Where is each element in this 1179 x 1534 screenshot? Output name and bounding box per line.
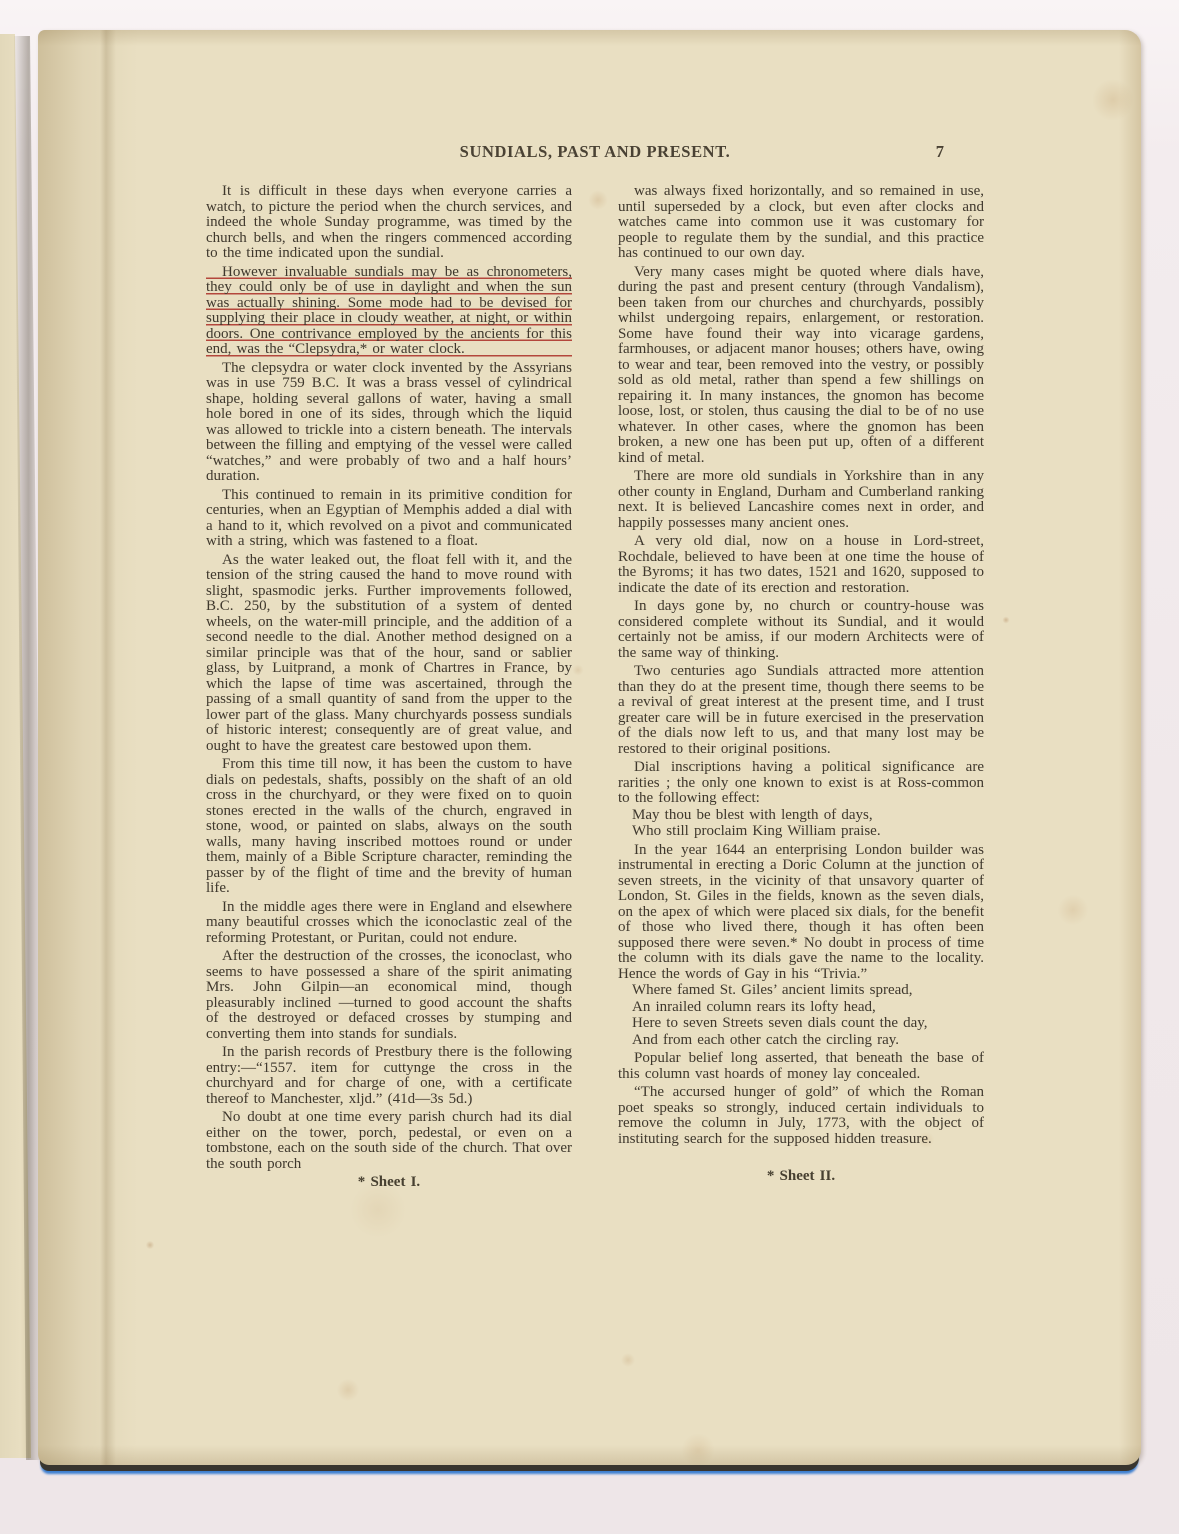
paragraph: The clepsydra or water clock invented by… — [206, 361, 572, 485]
paragraph: Popular belief long asserted, that benea… — [618, 1051, 984, 1082]
paragraph: This continued to remain in its primitiv… — [206, 488, 572, 550]
paragraph: Very many cases might be quoted where di… — [618, 265, 984, 467]
verse-line: An inrailed column rears its lofty head, — [618, 1000, 984, 1016]
paragraph-red-underlined: However invaluable sundials may be as ch… — [206, 265, 572, 358]
footnote-sheet-2: * Sheet II. — [618, 1169, 984, 1185]
left-column: It is difficult in these days when every… — [206, 184, 572, 1191]
right-column: was always fixed horizontally, and so re… — [618, 184, 984, 1191]
footnote-sheet-1: * Sheet I. — [206, 1175, 572, 1191]
verse-line: May thou be blest with length of days, — [618, 808, 984, 824]
paragraph: No doubt at one time every parish church… — [206, 1110, 572, 1172]
previous-page-edge — [0, 34, 34, 1458]
paragraph: was always fixed horizontally, and so re… — [618, 184, 984, 262]
book-page: SUNDIALS, PAST AND PRESENT. 7 It is diff… — [38, 30, 1141, 1465]
verse-line: And from each other catch the circling r… — [618, 1033, 984, 1049]
verse-line: Where famed St. Giles’ ancient limits sp… — [618, 983, 984, 999]
page-header: SUNDIALS, PAST AND PRESENT. 7 — [206, 142, 984, 164]
page-content: SUNDIALS, PAST AND PRESENT. 7 It is diff… — [206, 142, 984, 1191]
verse-line: Here to seven Streets seven dials count … — [618, 1016, 984, 1032]
paragraph: After the destruction of the crosses, th… — [206, 949, 572, 1042]
paragraph: It is difficult in these days when every… — [206, 184, 572, 262]
paragraph: There are more old sundials in Yorkshire… — [618, 469, 984, 531]
paragraph: In the middle ages there were in England… — [206, 900, 572, 947]
page-title: SUNDIALS, PAST AND PRESENT. — [206, 142, 984, 162]
paragraph: Two centuries ago Sundials attracted mor… — [618, 664, 984, 757]
page-number: 7 — [936, 142, 944, 162]
two-column-text: It is difficult in these days when every… — [206, 184, 984, 1191]
verse-line: Who still proclaim King William praise. — [618, 824, 984, 840]
paragraph: In days gone by, no church or country-ho… — [618, 599, 984, 661]
paragraph: In the parish records of Prestbury there… — [206, 1045, 572, 1107]
paragraph: Dial inscriptions having a political sig… — [618, 760, 984, 807]
paragraph: A very old dial, now on a house in Lord-… — [618, 534, 984, 596]
paragraph: “The accursed hunger of gold” of which t… — [618, 1085, 984, 1147]
paragraph: From this time till now, it has been the… — [206, 757, 572, 897]
paragraph: In the year 1644 an enterprising London … — [618, 843, 984, 983]
paragraph: As the water leaked out, the float fell … — [206, 553, 572, 755]
